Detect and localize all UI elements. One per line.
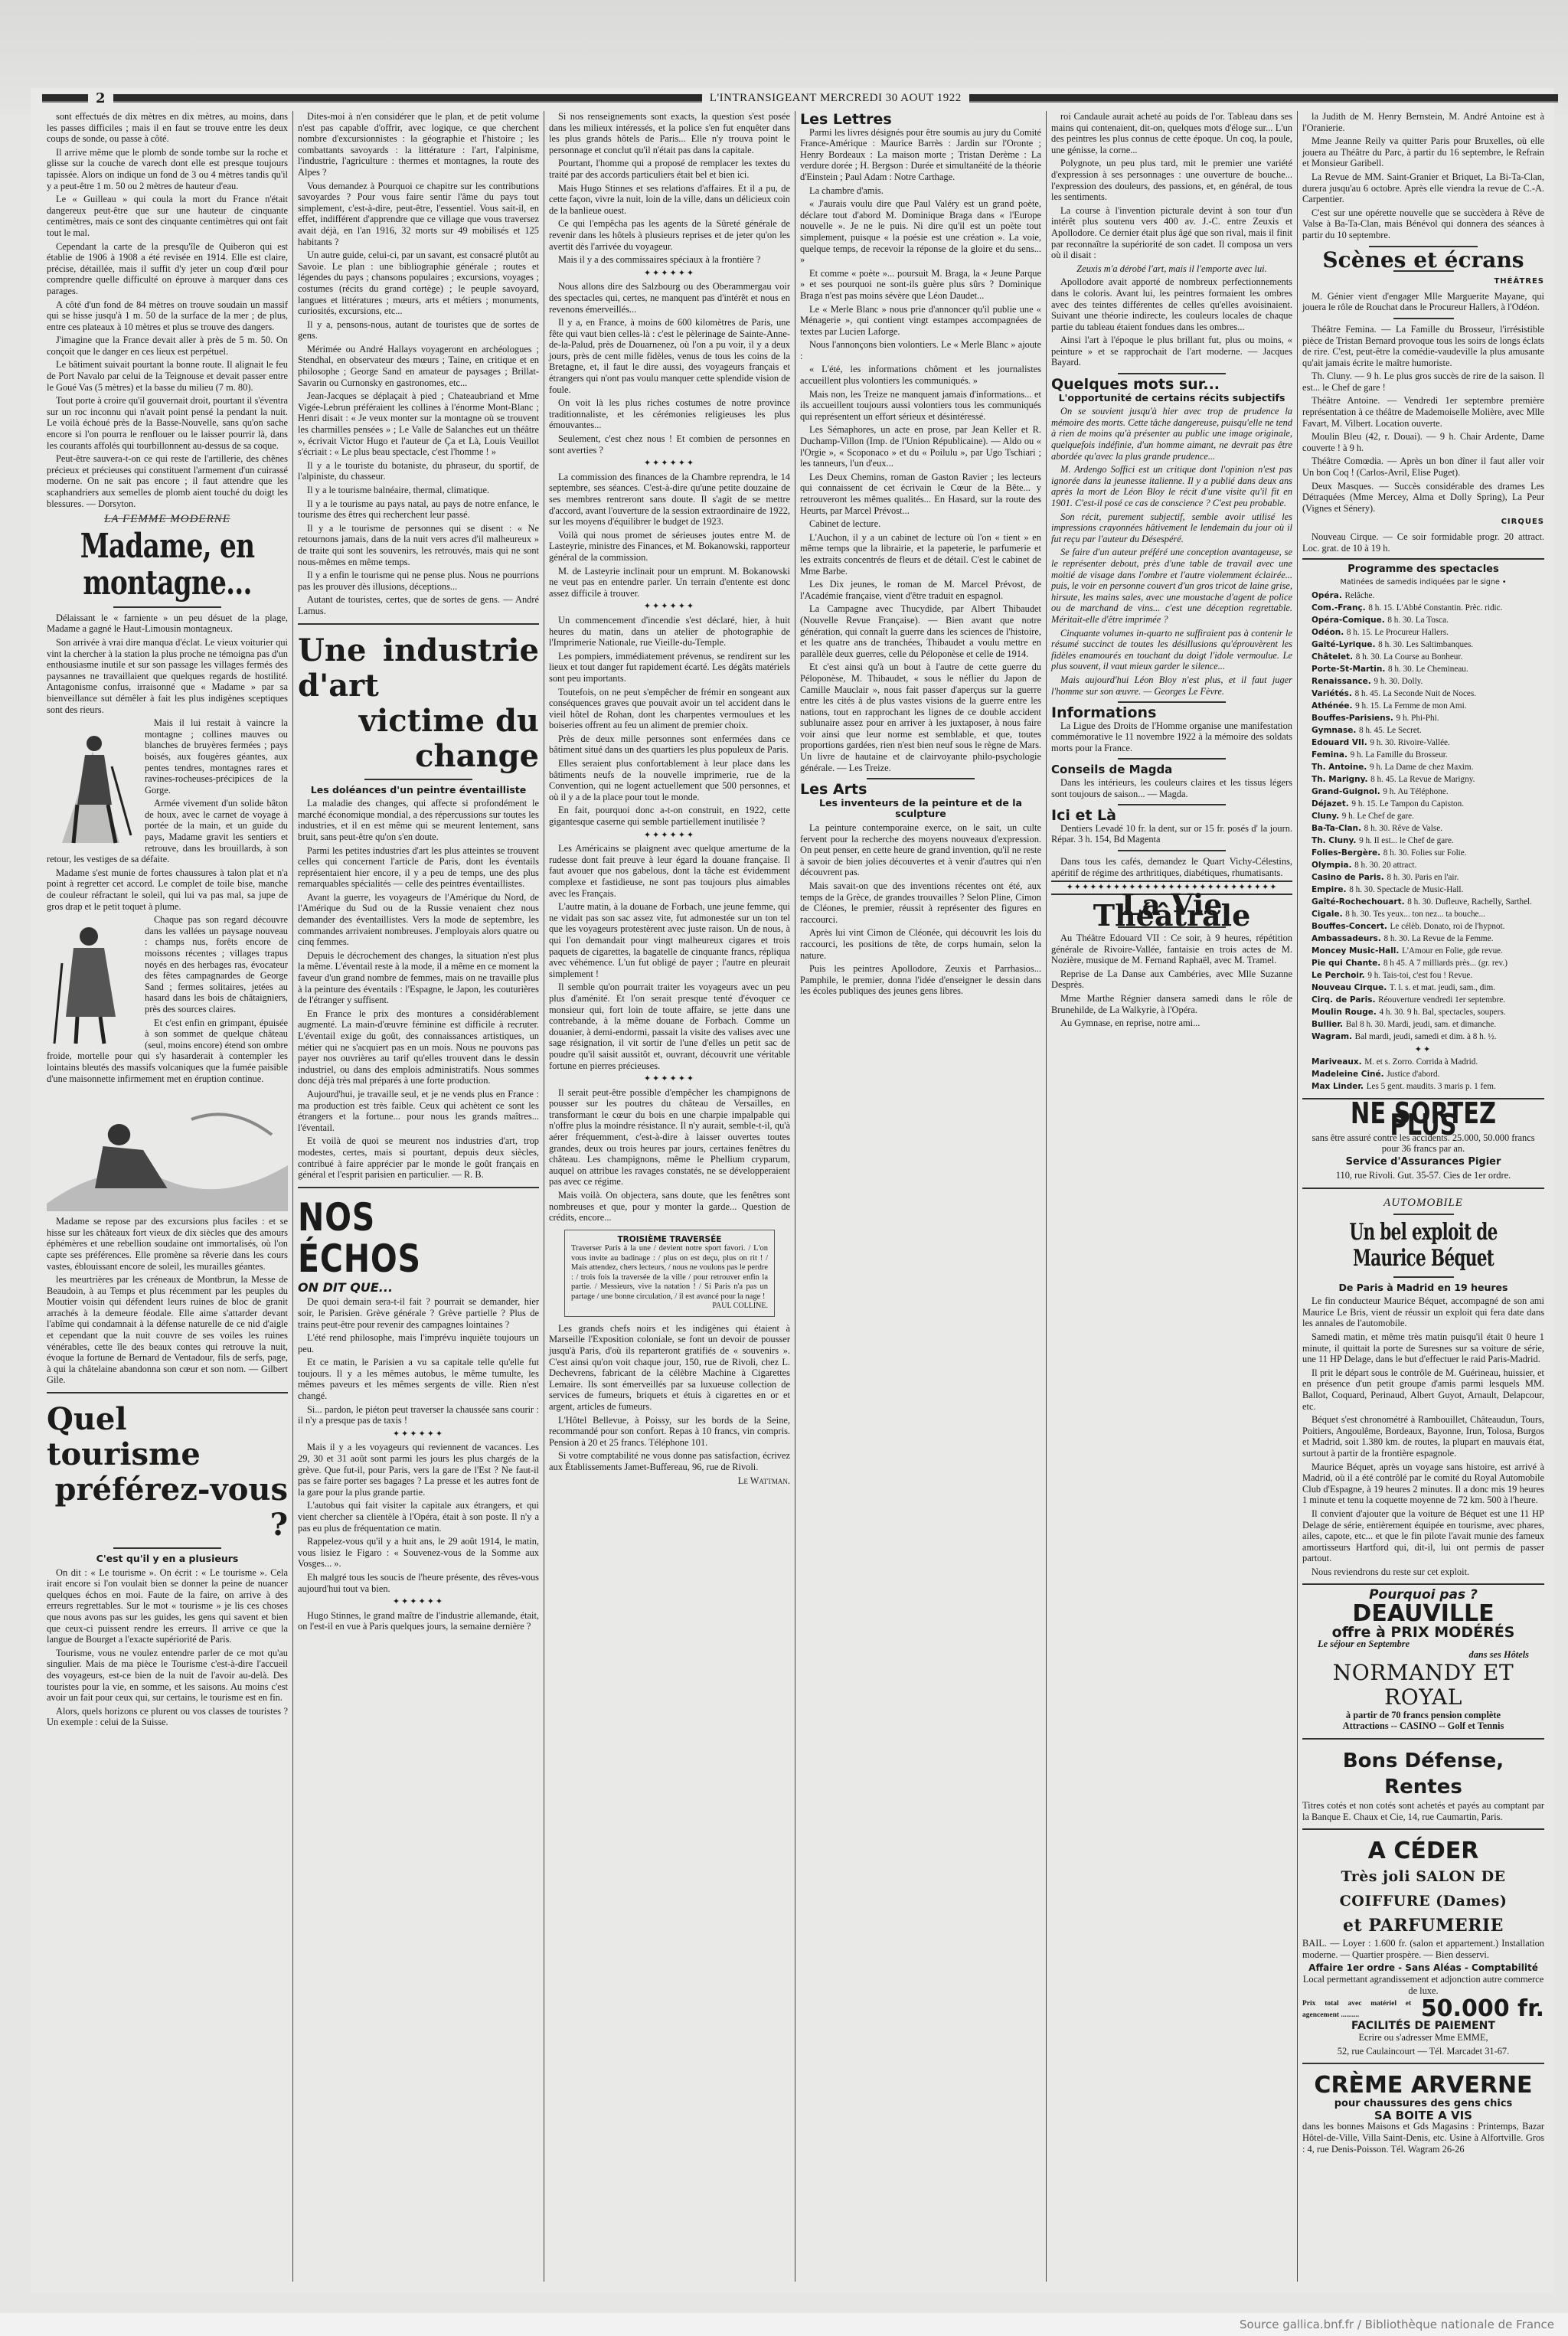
- venue-name: Th. Marigny.: [1312, 775, 1370, 784]
- section-les-lettres: Les Lettres: [800, 114, 1041, 126]
- divider: [1393, 318, 1454, 319]
- venue-name: Porte-St-Martin.: [1312, 665, 1388, 674]
- venue-info: 9 h. La Famille du Brosseur.: [1351, 750, 1448, 760]
- paragraph: Tout porte à croire qu'il gouvernait dro…: [47, 395, 288, 451]
- programme-entry: Madeleine Ciné. Justice d'abord.: [1302, 1070, 1544, 1080]
- paragraph: Si votre comptabilité ne vous donne pas …: [549, 1450, 790, 1472]
- venue-info: Bal 8 h. 30. Mardi, jeudi, sam. et diman…: [1346, 1020, 1496, 1029]
- divider: [113, 606, 222, 608]
- programme-entry: Wagram. Bal mardi, jeudi, samedi et dim.…: [1302, 1032, 1544, 1042]
- masthead-rule: [969, 94, 1558, 103]
- venue-name: Olympia.: [1312, 861, 1354, 870]
- venue-name: Bouffes-Parisiens.: [1312, 714, 1396, 723]
- paragraph: Et ce matin, le Parisien a vu sa capital…: [298, 1357, 539, 1401]
- paragraph: « L'été, les informations chôment et les…: [800, 364, 1041, 386]
- ad-text: Local permettant agrandissement et adjon…: [1302, 1974, 1544, 1996]
- headline-nos-echos: NOS ÉCHOS: [298, 1197, 495, 1279]
- programme-entry: Pie qui Chante. 8 h 45. A 7 milliards pr…: [1302, 959, 1544, 969]
- paragraph: La Revue de MM. Saint-Granier et Briquet…: [1302, 172, 1544, 205]
- paragraph: Mais voilà. On objectera, sans doute, qu…: [549, 1190, 790, 1224]
- paragraph: Le bâtiment suivait pourtant la bonne ro…: [47, 359, 288, 393]
- programme-entry: Moulin Rouge. 4 h. 30. 9 h. Bal, spectac…: [1302, 1008, 1544, 1018]
- ad-text: Attractions -- CASINO -- Golf et Tennis: [1302, 1720, 1544, 1732]
- programme-entry: Femina. 9 h. La Famille du Brosseur.: [1302, 750, 1544, 760]
- venue-name: Opéra-Comique.: [1312, 616, 1387, 625]
- venue-name: Le Perchoir.: [1312, 971, 1367, 980]
- paragraph: Et c'est ainsi qu'à un bout à l'autre de…: [800, 662, 1041, 773]
- poem-signature: PAUL COLLINE.: [571, 1302, 768, 1312]
- paragraph: Mme Marthe Régnier dansera samedi dans l…: [1051, 993, 1292, 1015]
- paragraph: Il y a enfin le tourisme qui ne pense pl…: [298, 570, 539, 592]
- paragraph: Et comme « poète »... poursuit M. Braga,…: [800, 268, 1041, 302]
- paragraph: Son récit, purement subjectif, semble av…: [1051, 511, 1292, 545]
- venue-info: 9 h. La Dame de chez Maxim.: [1370, 763, 1473, 772]
- programme-note: Matinées de samedis indiquées par le sig…: [1302, 577, 1544, 589]
- venue-name: Pie qui Chante.: [1312, 959, 1383, 968]
- paragraph: Théâtre Comœdia. — Après un bon dîner il…: [1302, 456, 1544, 478]
- paragraph: Il y a le touriste du botaniste, du phra…: [298, 460, 539, 482]
- venue-info: 8 h. 30. La Course au Bonheur.: [1356, 652, 1463, 662]
- ad-text: 52, rue Caulaincourt — Tél. Marcadet 31-…: [1302, 2046, 1544, 2057]
- paragraph: Parmi les petites industries d'art les p…: [298, 845, 539, 890]
- dingbat-separator: ✦✦✦✦✦✦: [549, 268, 790, 279]
- subheadline: De Paris à Madrid en 19 heures: [1302, 1282, 1544, 1294]
- paragraph: Hugo Stinnes, le grand maître de l'indus…: [298, 1610, 539, 1632]
- venue-name: Grand-Guignol.: [1312, 787, 1383, 796]
- ad-price-row: Prix total avec matériel et agencement .…: [1302, 1998, 1544, 2021]
- programme-entry: Th. Marigny. 8 h. 45. La Revue de Marign…: [1302, 775, 1544, 785]
- programme-entry: Bouffes-Parisiens. 9 h. Phi-Phi.: [1302, 714, 1544, 724]
- venue-info: 8 h. 30. 20 attract.: [1354, 861, 1416, 870]
- venue-name: Wagram.: [1312, 1032, 1355, 1041]
- section-quelques-mots: Quelques mots sur...: [1051, 379, 1292, 390]
- divider: [298, 1187, 539, 1191]
- paragraph: L'Hôtel Bellevue, à Poissy, sur les bord…: [549, 1415, 790, 1449]
- venue-info: Le célèb. Donato, roi de l'hypnot.: [1390, 922, 1505, 931]
- masthead-rule: [42, 94, 88, 103]
- paragraph: Il y a le tourisme au pays natal, au pay…: [298, 498, 539, 521]
- paragraph: Mais il y a les voyageurs qui reviennent…: [298, 1442, 539, 1498]
- paragraph: Le fin conducteur Maurice Béquet, accomp…: [1302, 1295, 1544, 1329]
- venue-name: Empire.: [1312, 885, 1349, 894]
- venue-name: Moncey Music-Hall.: [1312, 946, 1402, 956]
- paragraph: Mais il y a des commissaires spéciaux à …: [549, 254, 790, 266]
- illustration-hiker-woman: [47, 720, 139, 851]
- paragraph: L'autobus qui fait visiter la capitale a…: [298, 1500, 539, 1534]
- subheadline: Les doléances d'un peintre éventailliste: [298, 785, 539, 796]
- programme-entry: Th. Antoine. 9 h. La Dame de chez Maxim.: [1302, 763, 1544, 773]
- programme-entry: Variétés. 8 h. 45. La Seconde Nuit de No…: [1302, 689, 1544, 699]
- venue-info: 9 h. Phi-Phi.: [1396, 714, 1439, 723]
- programme-entry: Gaîté-Rochechouart. 8 h. 30. Dufleuve, R…: [1302, 897, 1544, 907]
- quote: Zeuxis m'a dérobé l'art, mais il l'empor…: [1051, 263, 1292, 275]
- paragraph: Se faire d'un auteur préféré une concept…: [1051, 547, 1292, 625]
- divider: [298, 623, 539, 627]
- venue-name: Nouveau Cirque.: [1312, 983, 1390, 992]
- paragraph: La peinture contemporaine exerce, on le …: [800, 822, 1041, 878]
- programme-entry: Le Perchoir. 9 h. Tais-toi, c'est fou ! …: [1302, 971, 1544, 981]
- paragraph: Mais non, les Treize ne manquent jamais …: [800, 389, 1041, 423]
- programme-entry: Châtelet. 8 h. 30. La Course au Bonheur.: [1302, 652, 1544, 662]
- paragraph: Ce qui l'empêcha pas les agents de la Sû…: [549, 218, 790, 252]
- paragraph: Vous demandez à Pourquoi ce chapitre sur…: [298, 181, 539, 248]
- venue-info: 8 h. 45. La Revue de Marigny.: [1370, 775, 1475, 784]
- paragraph: De quoi demain sera-t-il fait ? pourrait…: [298, 1296, 539, 1330]
- venue-name: Ambassadeurs.: [1312, 934, 1383, 943]
- paragraph: L'été rend philosophe, mais l'imprévu in…: [298, 1332, 539, 1354]
- venue-name: Max Linder.: [1312, 1082, 1367, 1091]
- paragraph: Théâtre Femina. — La Famille du Brosseur…: [1302, 324, 1544, 368]
- paragraph: Théâtre Antoine. — Vendredi 1er septembr…: [1302, 395, 1544, 429]
- headline-line-1: Quel tourisme: [47, 1401, 201, 1472]
- dingbat-separator: ✦✦✦✦✦✦: [298, 1596, 539, 1608]
- venue-info: Bal mardi, jeudi, samedi et dim. à 8 h. …: [1355, 1032, 1497, 1041]
- section-les-arts: Les Arts: [800, 784, 1041, 796]
- paragraph: Après lui vint Cimon de Cléonée, qui déc…: [800, 927, 1041, 961]
- venue-name: Cirq. de Paris.: [1312, 995, 1378, 1005]
- paragraph: Dans les intérieurs, les couleurs claire…: [1051, 777, 1292, 799]
- paragraph: L'Auchon, il y a un cabinet de lecture o…: [800, 532, 1041, 577]
- paragraph: Il arrive même que le plomb de sonde tom…: [47, 147, 288, 191]
- paragraph: Cabinet de lecture.: [800, 518, 1041, 530]
- venue-info: Justice d'abord.: [1387, 1070, 1439, 1079]
- paragraph: Madame se repose par des excursions plus…: [47, 1216, 288, 1272]
- venue-name: Cluny.: [1312, 812, 1342, 821]
- ad-text: FACILITÉS DE PAIEMENT: [1302, 2021, 1544, 2032]
- paragraph: Rappelez-vous qu'il y a huit ans, le 29 …: [298, 1536, 539, 1570]
- ad-text: Prix total avec matériel et agencement .…: [1302, 1998, 1411, 2021]
- paragraph: Jean-Jacques se déplaçait à pied ; Chate…: [298, 390, 539, 458]
- illustration-woman-seated-landscape: [47, 1089, 288, 1211]
- ad-creme-arverne-title: CRÈME ARVERNE: [1302, 2073, 1544, 2099]
- dingbat-separator: ✦✦✦✦✦✦: [549, 601, 790, 613]
- programme-entry: Opéra-Comique. 8 h. 30. La Tosca.: [1302, 616, 1544, 626]
- paragraph: Si nos renseignements sont exacts, la qu…: [549, 111, 790, 155]
- divider: [1302, 2063, 1544, 2066]
- venue-name: Odéon.: [1312, 628, 1347, 637]
- paragraph: La Campagne avec Thucydide, par Albert T…: [800, 603, 1041, 659]
- paragraph: sont effectués de dix mètres en dix mètr…: [47, 111, 288, 145]
- headline-la-vie-theatrale: La Vie Théâtrale: [1051, 900, 1292, 922]
- venue-name: Edouard VII.: [1312, 738, 1370, 747]
- ad-deauville: Pourquoi pas ? DEAUVILLE offre à PRIX MO…: [1302, 1583, 1544, 1732]
- venue-name: Th. Cluny.: [1312, 836, 1359, 845]
- venue-name: Mariveaux.: [1312, 1057, 1364, 1067]
- programme-entry: Empire. 8 h. 30. Spectacle de Music-Hall…: [1302, 885, 1544, 895]
- column-5: roi Candaule aurait acheté au poids de l…: [1047, 111, 1298, 2282]
- divider: [1302, 1188, 1544, 1191]
- column-2: Dites-moi à n'en considérer que le plan,…: [293, 111, 544, 2282]
- venue-name: Gaîté-Lyrique.: [1312, 640, 1378, 649]
- subheadline: L'opportunité de certains récits subject…: [1051, 393, 1292, 404]
- paragraph: Parmi les livres désignés pour être soum…: [800, 127, 1041, 183]
- subheadline: Les inventeurs de la peinture et de la s…: [800, 798, 1041, 820]
- dingbat-separator: ✦✦✦✦✦✦: [549, 458, 790, 469]
- paragraph: On dit : « Le tourisme ». On écrit : « L…: [47, 1567, 288, 1645]
- paragraph: Les grands chefs noirs et les indigènes …: [549, 1323, 790, 1413]
- paragraph: Délaissant le « farniente » un peu désue…: [47, 613, 288, 635]
- paragraph: Les Deux Chemins, roman de Gaston Ravier…: [800, 472, 1041, 516]
- paragraph: Voilà qui nous promet de sérieuses joute…: [549, 530, 790, 564]
- paragraph: Le « Guilleau » qui coula la mort du Fra…: [47, 194, 288, 238]
- divider: [1118, 758, 1227, 760]
- paragraph: Les Américains se plaignent avec quelque…: [549, 843, 790, 899]
- venue-name: Madeleine Ciné.: [1312, 1070, 1387, 1079]
- dingbat-separator: ✦✦✦✦✦✦: [549, 830, 790, 841]
- programme-entry: Mariveaux. M. et s. Zorro. Corrida à Mad…: [1302, 1057, 1544, 1067]
- headline-line-1: Une industrie d'art: [298, 632, 539, 704]
- ad-text: dans les bonnes Maisons et Gds Magasins …: [1302, 2121, 1544, 2155]
- ad-text: SA BOITE A VIS: [1302, 2110, 1544, 2122]
- programme-entry: Renaissance. 9 h. 30. Dolly.: [1302, 677, 1544, 687]
- paragraph: Dentiers Levadé 10 fr. la dent, sur or 1…: [1051, 823, 1292, 845]
- programme-entry: Cigale. 8 h. 30. Tes yeux... ton nez... …: [1302, 910, 1544, 920]
- venue-info: 8 h. 30. Spectacle de Music-Hall.: [1349, 885, 1463, 894]
- venue-name: Variétés.: [1312, 689, 1355, 698]
- paragraph: Il y a, pensons-nous, autant de touriste…: [298, 319, 539, 341]
- ad-text: offre à PRIX MODÉRÉS: [1302, 1627, 1544, 1638]
- paragraph: Un autre guide, celui-ci, par un savant,…: [298, 250, 539, 317]
- divider: [1302, 1828, 1544, 1832]
- divider: [364, 779, 473, 780]
- paragraph: En fait, pourquoi donc a-t-on construit,…: [549, 805, 790, 827]
- venue-info: 8 h. 30. La Tosca.: [1387, 616, 1448, 625]
- poem-title: TROISIÈME TRAVERSÉE: [571, 1235, 768, 1245]
- paragraph: Seulement, c'est chez nous ! Et combien …: [549, 433, 790, 456]
- divider: [47, 1392, 288, 1396]
- paragraph: Il y a le tourisme balnéaire, thermal, c…: [298, 485, 539, 496]
- headline-industrie-d-art: Une industrie d'art victime du change: [298, 633, 539, 774]
- programme-entry: Porte-St-Martin. 8 h. 30. Le Chemineau.: [1302, 665, 1544, 675]
- paragraph: Tourisme, vous ne voulez entendre parler…: [47, 1648, 288, 1704]
- newspaper-dateline: L'INTRANSIGEANT MERCREDI 30 AOUT 1922: [710, 92, 962, 105]
- paragraph: Avant la guerre, les voyageurs de l'Amér…: [298, 892, 539, 948]
- paragraph: Les pompiers, immédiatement prévenus, se…: [549, 651, 790, 684]
- ad-text: Ecrire ou s'adresser Mme EMME,: [1302, 2032, 1544, 2044]
- paragraph: En France le prix des montures a considé…: [298, 1008, 539, 1086]
- venue-info: Réouverture vendredi 1er septembre.: [1378, 995, 1505, 1005]
- dingbat-separator: ✦✦: [1302, 1044, 1544, 1056]
- programme-entry: Max Linder. Les 5 gent. maudits. 3 maris…: [1302, 1082, 1544, 1092]
- paragraph: Mais savait-on que des inventions récent…: [800, 880, 1041, 925]
- paragraph: J'imagine que la France devait aller à p…: [47, 335, 288, 357]
- programme-entry: Nouveau Cirque. T. l. s. et mat. jeudi, …: [1302, 983, 1544, 993]
- venue-info: 8 h. 45. Le Secret.: [1359, 726, 1422, 735]
- ad-ne-sortez-plus-title: NE SORTEZ PLUS: [1327, 1108, 1521, 1130]
- paragraph: M. Génier vient d'engager Mlle Marguerit…: [1302, 291, 1544, 313]
- venue-name: Moulin Rouge.: [1312, 1008, 1380, 1017]
- venue-name: Déjazet.: [1312, 799, 1351, 809]
- programme-entry: Casino de Paris. 8 h. 30. Paris en l'air…: [1302, 873, 1544, 883]
- source-credit: Source gallica.bnf.fr / Bibliothèque nat…: [1240, 2318, 1554, 2331]
- venue-name: Athénée.: [1312, 701, 1355, 711]
- paragraph: Béquet s'est chronométré à Rambouillet, …: [1302, 1414, 1544, 1459]
- divider: [1302, 558, 1544, 560]
- paragraph: L'autre matin, à la douane de Forbach, u…: [549, 901, 790, 979]
- venue-info: 8 h. 15. L'Abbé Constantin. Prèc. ridic.: [1368, 603, 1502, 613]
- venue-name: Renaissance.: [1312, 677, 1374, 686]
- ad-text: et PARFUMERIE: [1302, 1913, 1544, 1938]
- ad-text: Service d'Assurances Pigier: [1302, 1157, 1544, 1168]
- programme-entry: Edouard VII. 9 h. 30. Rivoire-Vallée.: [1302, 738, 1544, 748]
- venue-info: T. l. s. et mat. jeudi, sam., dim.: [1390, 983, 1495, 992]
- paragraph: C'est sur une opérette nouvelle que se s…: [1302, 207, 1544, 241]
- venue-info: 8 h. 30. Rêve de Valse.: [1364, 824, 1442, 833]
- paragraph: Mais Hugo Stinnes et ses relations d'aff…: [549, 183, 790, 217]
- divider: [1118, 804, 1227, 805]
- ad-text: BAIL. — Loyer : 1.600 fr. (salon et appa…: [1302, 1938, 1544, 1960]
- paragraph: Le « Merle Blanc » nous prie d'annoncer …: [800, 304, 1041, 338]
- paragraph: Il semble qu'on pourrait traiter les voy…: [549, 982, 790, 1071]
- paragraph: Au Théâtre Edouard VII : Ce soir, à 9 he…: [1051, 933, 1292, 966]
- paragraph: Et voilà de quoi se meurent nos industri…: [298, 1135, 539, 1180]
- paragraph: La course à l'invention picturale devint…: [1051, 205, 1292, 261]
- paragraph: Il convient d'ajouter que la voiture de …: [1302, 1508, 1544, 1564]
- headline-line-2: victime du change: [298, 704, 539, 774]
- programme-entry: Gaîté-Lyrique. 8 h. 30. Les Saltimbanque…: [1302, 640, 1544, 650]
- cinema-list: Mariveaux. M. et s. Zorro. Corrida à Mad…: [1302, 1057, 1544, 1092]
- venue-name: Com.-Franç.: [1312, 603, 1368, 613]
- venue-info: 8 h. 30. Dufleuve, Rachelly, Sarthel.: [1407, 897, 1532, 907]
- divider: [1118, 850, 1227, 851]
- venue-info: 8 h. 30. Les Saltimbanques.: [1378, 640, 1473, 649]
- ad-text: Titres cotés et non cotés sont achetés e…: [1302, 1800, 1544, 1822]
- venue-info: 8 h. 30. Tes yeux... ton nez... ta bouch…: [1345, 910, 1485, 919]
- programme-entry: Bouffes-Concert. Le célèb. Donato, roi d…: [1302, 922, 1544, 932]
- ad-text: 110, rue Rivoli. Gut. 35-57. Cies de 1er…: [1302, 1170, 1544, 1181]
- illustration-woman-with-stick: [47, 917, 139, 1047]
- ad-text: dans ses Hôtels: [1302, 1649, 1544, 1661]
- paragraph: roi Candaule aurait acheté au poids de l…: [1051, 111, 1292, 155]
- paragraph: Maurice Béquet, après un voyage sans his…: [1302, 1462, 1544, 1506]
- signature: Le Wattman.: [549, 1475, 790, 1487]
- programme-entry: Bullier. Bal 8 h. 30. Mardi, jeudi, sam.…: [1302, 1020, 1544, 1030]
- paragraph: « J'aurais voulu dire que Paul Valéry es…: [800, 198, 1041, 266]
- ad-text: Pourquoi pas ?: [1302, 1589, 1544, 1601]
- venue-info: 8 h. 30. Folies sur Folie.: [1383, 848, 1467, 858]
- paragraph: Nous reviendrons du reste sur cet exploi…: [1302, 1567, 1544, 1578]
- subsection-theatres: THÉÂTRES: [1302, 276, 1544, 288]
- paragraph: les meurtrières par les créneaux de Mont…: [47, 1274, 288, 1386]
- column-1: sont effectués de dix mètres en dix mètr…: [42, 111, 293, 2282]
- paragraph: Ainsi l'art à l'époque le plus brillant …: [1051, 335, 1292, 368]
- programme-entry: Ambassadeurs. 8 h. 30. La Revue de la Fe…: [1302, 934, 1544, 944]
- programme-entry: Cirq. de Paris. Réouverture vendredi 1er…: [1302, 995, 1544, 1005]
- rubric-automobile: AUTOMOBILE: [1302, 1197, 1544, 1209]
- programme-entry: Cluny. 9 h. Le Chef de gare.: [1302, 812, 1544, 822]
- section-conseils-de-magda: Conseils de Magda: [1051, 764, 1292, 776]
- venue-info: Relâche.: [1344, 591, 1374, 600]
- divider: [1118, 373, 1227, 374]
- venue-name: Châtelet.: [1312, 652, 1356, 662]
- paragraph: On voit là les plus riches costumes de n…: [549, 397, 790, 431]
- paragraph: La commission des finances de la Chambre…: [549, 472, 790, 528]
- venue-info: 8 h. 15. Le Procureur Hallers.: [1347, 628, 1449, 637]
- venue-name: Femina.: [1312, 750, 1351, 760]
- poem-text: Traverser Paris à la une / devient notre…: [571, 1244, 768, 1302]
- paragraph: Elles seraient plus confortablement à le…: [549, 758, 790, 802]
- divider: [1393, 1276, 1454, 1278]
- paragraph: La chambre d'amis.: [800, 185, 1041, 197]
- paragraph: Un commencement d'incendie s'est déclaré…: [549, 615, 790, 649]
- headline-quel-tourisme: Quel tourisme préférez-vous ?: [47, 1402, 288, 1543]
- venue-info: 8 h. 30. La Revue de la Femme.: [1383, 934, 1493, 943]
- paragraph: la Judith de M. Henry Bernstein, M. Andr…: [1302, 111, 1544, 133]
- venue-info: 8 h 45. A 7 milliards près... (gr. rev.): [1383, 959, 1508, 968]
- paragraph: M. de Lasteyrie inclinait pour un emprun…: [549, 566, 790, 600]
- paragraph: Nous allons dire des Salzbourg ou des Ob…: [549, 281, 790, 315]
- venue-info: M. et s. Zorro. Corrida à Madrid.: [1364, 1057, 1478, 1067]
- venue-info: L'Amour en Folie, gde revue.: [1402, 946, 1503, 956]
- programme-entry: Athénée. 9 h. 15. La Femme de mon Ami.: [1302, 701, 1544, 711]
- paragraph: Nous l'annonçons bien volontiers. Le « M…: [800, 339, 1041, 361]
- paragraph: Il serait peut-être possible d'empêcher …: [549, 1087, 790, 1188]
- paragraph: Peut-être sauvera-t-on ce qui reste de l…: [47, 453, 288, 509]
- venue-info: 8 h. 45. La Seconde Nuit de Noces.: [1355, 689, 1476, 698]
- ad-text: Affaire 1er ordre - Sans Aléas - Comptab…: [1302, 1962, 1544, 1974]
- venue-info: 8 h. 30. Le Chemineau.: [1388, 665, 1468, 674]
- paragraph: Th. Cluny. — 9 h. Le plus gros succès de…: [1302, 371, 1544, 393]
- venue-info: 4 h. 30. 9 h. Bal, spectacles, soupers.: [1380, 1008, 1506, 1017]
- divider: [1302, 1738, 1544, 1742]
- paragraph: Toutefois, on ne peut s'empêcher de frém…: [549, 687, 790, 731]
- section-informations: Informations: [1051, 707, 1292, 719]
- subheadline: C'est qu'il y en a plusieurs: [47, 1554, 288, 1565]
- paragraph: Deux Masques. — Succès considérable des …: [1302, 481, 1544, 515]
- programme-entry: Grand-Guignol. 9 h. Au Téléphone.: [1302, 787, 1544, 797]
- programme-entry: Odéon. 8 h. 15. Le Procureur Hallers.: [1302, 628, 1544, 638]
- venue-info: 9 h. 30. Dolly.: [1374, 677, 1423, 686]
- headline-maurice-bequet: Un bel exploit de Maurice Béquet: [1336, 1220, 1511, 1272]
- venue-info: 9 h. Au Téléphone.: [1383, 787, 1448, 796]
- paragraph: Mérimée ou André Hallays voyageront en a…: [298, 344, 539, 388]
- paragraph: On se souvient jusqu'à hier avec trop de…: [1051, 406, 1292, 462]
- column-6: la Judith de M. Henry Bernstein, M. Andr…: [1298, 111, 1549, 2282]
- rubric-femme-moderne: LA FEMME MODERNE: [47, 514, 288, 525]
- paragraph: La maladie des changes, qui affecte si p…: [298, 798, 539, 842]
- paragraph: Reprise de La Danse aux Cambéries, avec …: [1051, 969, 1292, 991]
- masthead-rule: [113, 94, 702, 103]
- venue-name: Cigale.: [1312, 910, 1345, 919]
- programme-list: Opéra. Relâche.Com.-Franç. 8 h. 15. L'Ab…: [1302, 591, 1544, 1042]
- headline-madame-en-montagne: Madame, en montagne...: [73, 528, 262, 602]
- divider: [1393, 1214, 1454, 1215]
- column-3: Si nos renseignements sont exacts, la qu…: [544, 111, 795, 2282]
- ad-title: NORMANDY ET ROYAL: [1302, 1661, 1544, 1710]
- paragraph: La Ligue des Droits de l'Homme organise …: [1051, 720, 1292, 754]
- page-number: 2: [96, 90, 106, 106]
- masthead: 2 L'INTRANSIGEANT MERCREDI 30 AOUT 1922: [42, 89, 1558, 107]
- programme-entry: Moncey Music-Hall. L'Amour en Folie, gde…: [1302, 946, 1544, 956]
- paragraph: Pourtant, l'homme qui a proposé de rempl…: [549, 158, 790, 180]
- paragraph: Aujourd'hui, je travaille seul, et je ne…: [298, 1089, 539, 1133]
- venue-info: 9 h. Tais-toi, c'est fou ! Revue.: [1367, 971, 1472, 980]
- paragraph: Cinquante volumes in-quarto ne suffiraie…: [1051, 628, 1292, 672]
- venue-info: 9 h. Il est... le Chef de gare.: [1359, 836, 1454, 845]
- divider: [867, 778, 975, 779]
- paragraph: Samedi matin, et même très matin puisqu'…: [1302, 1331, 1544, 1365]
- ad-title: DEAUVILLE: [1302, 1601, 1544, 1627]
- paragraph: Apollodore avait apporté de nombreux per…: [1051, 276, 1292, 332]
- programme-entry: Com.-Franç. 8 h. 15. L'Abbé Constantin. …: [1302, 603, 1544, 613]
- paragraph: Puis les peintres Apollodore, Zeuxis et …: [800, 963, 1041, 997]
- venue-info: 9 h. Le Chef de gare.: [1342, 812, 1414, 821]
- paragraph: Il y a, en France, à moins de 600 kilomè…: [549, 317, 790, 395]
- paragraph: Dites-moi à n'en considérer que le plan,…: [298, 111, 539, 178]
- ad-price: 50.000 fr.: [1421, 2004, 1544, 2015]
- paragraph: Dans tous les cafés, demandez le Quart V…: [1051, 856, 1292, 878]
- paragraph: Les Dix jeunes, le roman de M. Marcel Pr…: [800, 579, 1041, 601]
